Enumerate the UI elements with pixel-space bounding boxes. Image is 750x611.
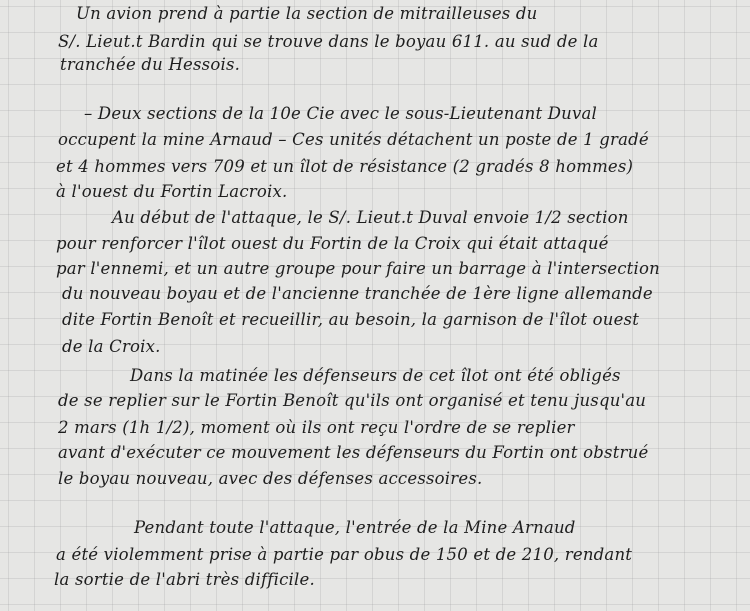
text-line: tranchée du Hessois.	[60, 55, 240, 74]
text-line: 2 mars (1h 1/2), moment où ils ont reçu …	[58, 418, 575, 437]
text-line: du nouveau boyau et de l'ancienne tranch…	[62, 284, 653, 303]
text-line: Un avion prend à partie la section de mi…	[76, 4, 538, 23]
text-line: la sortie de l'abri très difficile.	[54, 570, 315, 589]
text-line: Dans la matinée les défenseurs de cet îl…	[130, 366, 621, 385]
text-line: a été violemment prise à partie par obus…	[56, 545, 632, 564]
text-line: et 4 hommes vers 709 et un îlot de résis…	[56, 157, 633, 176]
text-line: dite Fortin Benoît et recueillir, au bes…	[62, 310, 639, 329]
text-line: par l'ennemi, et un autre groupe pour fa…	[56, 259, 660, 278]
text-line: avant d'exécuter ce mouvement les défens…	[58, 443, 648, 462]
text-line: à l'ouest du Fortin Lacroix.	[56, 182, 287, 201]
text-line: Au début de l'attaque, le S/. Lieut.t Du…	[112, 208, 629, 227]
text-line: – Deux sections de la 10e Cie avec le so…	[84, 104, 597, 123]
text-line: occupent la mine Arnaud – Ces unités dét…	[58, 130, 649, 149]
text-line: S/. Lieut.t Bardin qui se trouve dans le…	[58, 32, 599, 51]
text-line: pour renforcer l'îlot ouest du Fortin de…	[56, 234, 609, 253]
text-line: de se replier sur le Fortin Benoît qu'il…	[58, 391, 646, 410]
text-line: le boyau nouveau, avec des défenses acce…	[58, 469, 482, 488]
handwritten-page: Un avion prend à partie la section de mi…	[0, 0, 750, 611]
text-line: de la Croix.	[62, 337, 161, 356]
text-line: Pendant toute l'attaque, l'entrée de la …	[134, 518, 576, 537]
